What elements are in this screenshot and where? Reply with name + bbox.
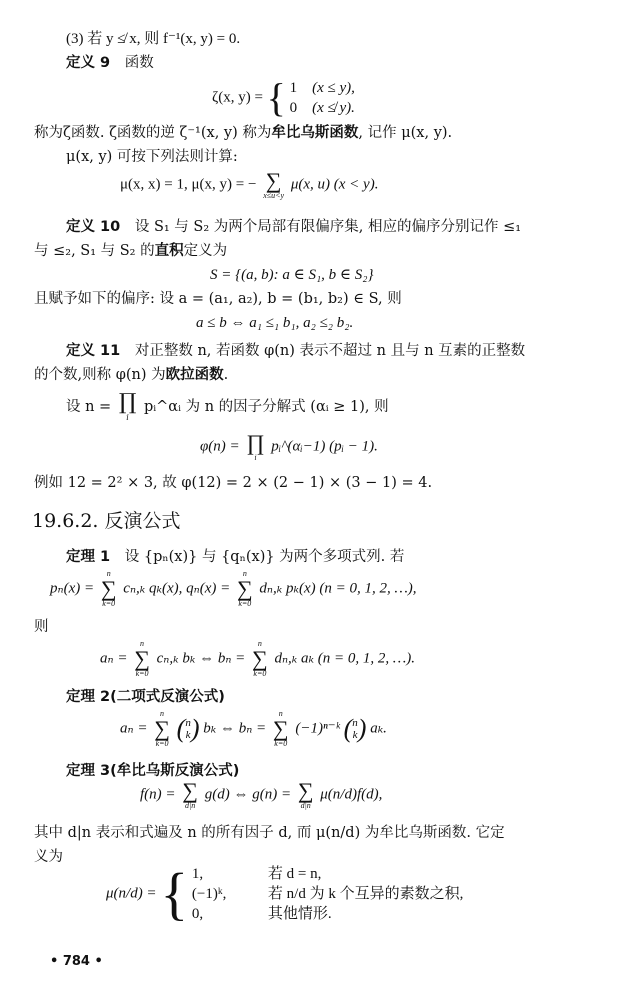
case-value: 0, [192,904,268,924]
definition-label: 定义 10 [66,219,120,235]
formula-part: dₙ,ₖ aₖ (n = 0, 1, 2, …). [274,651,414,667]
formula-part: dₙ,ₖ pₖ(x) (n = 0, 1, 2, …), [259,581,416,597]
formula-part: g(d) ⇔ g(n) = [205,787,291,803]
sum-symbol: n∑k=0 [237,570,253,608]
case-value: 1, [192,864,268,884]
term-bold: 欧拉函数 [166,367,224,383]
definition-label: 定义 11 [66,343,120,359]
case-condition: 若 n/d 为 k 个互异的素数之积, [268,886,463,902]
theorem-2: 定理 2(二项式反演公式) [66,690,225,705]
text: 对正整数 n, 若函数 φ(n) 表示不超过 n 且与 n 互素的正整数 [135,343,525,359]
sum-symbol: n∑k=0 [154,710,170,748]
theorem-1: 定理 1 设 {pₙ(x)} 与 {qₙ(x)} 为两个多项式列. 若 [66,550,404,565]
left-paren: ( [344,714,353,743]
case-condition: 其他情形. [268,906,332,922]
text: 的个数,则称 φ(n) 为 [34,367,166,383]
factorization-line: 设 n = ∏i pᵢ^αᵢ 为 n 的因子分解式 (αᵢ ≥ 1), 则 [66,392,389,422]
formula-part: μ(x, x) = 1, μ(x, y) = − [120,177,256,193]
theorem-1-hypothesis: pₙ(x) = n∑k=0 cₙ,ₖ qₖ(x), qₙ(x) = n∑k=0 … [50,570,417,608]
text: . [224,367,229,383]
text: 设 n = [66,399,111,415]
mobius-function-definition: μ(n/d) = { 1,若 d = n, (−1)ᵏ,若 n/d 为 k 个互… [106,864,463,924]
case-condition: 若 d = n, [268,866,321,882]
text: 称为ζ函数. ζ函数的逆 ζ⁻¹(x, y) 称为 [34,125,271,141]
zeta-formula: ζ(x, y) = { 1 (x ≤ y), 0 (x ≰ y). [212,78,355,118]
theorem-title: (牟比乌斯反演公式) [110,763,239,779]
text-line: 义为 [34,850,63,865]
term-bold: 牟比乌斯函数 [271,125,358,141]
cases: 1 (x ≤ y), 0 (x ≰ y). [290,78,355,118]
text: pᵢ^αᵢ 为 n 的因子分解式 (αᵢ ≥ 1), 则 [144,399,389,415]
sum-symbol: n∑k=0 [134,640,150,678]
theorem-label: 定理 1 [66,549,110,565]
text-line: μ(x, y) 可按下列法则计算: [66,150,238,165]
text: 定义为 [184,243,228,259]
text-line: 与 ≤₂, S₁ 与 S₂ 的直积定义为 [34,244,227,259]
text: 设 S₁ 与 S₂ 为两个局部有限偏序集, 相应的偏序分别记作 ≤₁ [135,219,521,235]
sum-symbol: n∑k=0 [273,710,289,748]
right-paren: ) [191,714,200,743]
definition-11: 定义 11 对正整数 n, 若函数 φ(n) 表示不超过 n 且与 n 互素的正… [66,344,525,359]
sum-symbol: ∑x≤u<y [263,170,284,200]
text-line: 称为ζ函数. ζ函数的逆 ζ⁻¹(x, y) 称为牟比乌斯函数, 记作 μ(x,… [34,126,452,141]
text: 函数 [125,55,154,71]
theorem-3: 定理 3(牟比乌斯反演公式) [66,764,239,779]
direct-product-formula: S = {(a, b): a ∈ S₁, b ∈ S₂} [210,268,374,283]
binomial-inversion-formula: aₙ = n∑k=0 (nk) bₖ ⇔ bₙ = n∑k=0 (−1)ⁿ⁻ᵏ … [120,710,387,748]
sum-symbol: ∑d|n [298,780,314,810]
example-line: 例如 12 = 2² × 3, 故 φ(12) = 2 × (2 − 1) × … [34,476,432,491]
formula-lhs: μ(n/d) = [106,886,157,902]
text-line: 其中 d|n 表示和式遍及 n 的所有因子 d, 而 μ(n/d) 为牟比乌斯函… [34,826,505,841]
left-brace: { [160,861,188,926]
theorem-title: (二项式反演公式) [110,689,225,705]
term-bold: 直积 [155,243,184,259]
formula-part: cₙ,ₖ qₖ(x), qₙ(x) = [123,581,230,597]
case-condition: (x ≰ y). [312,100,355,116]
definition-9: 定义 9 函数 [66,56,154,71]
formula-part: (−1)ⁿ⁻ᵏ [295,721,339,737]
theorem-label: 定理 3 [66,763,110,779]
formula-part: cₙ,ₖ bₖ ⇔ bₙ = [157,651,246,667]
cases: 1,若 d = n, (−1)ᵏ,若 n/d 为 k 个互异的素数之积, 0,其… [192,864,463,924]
theorem-1-conclusion: aₙ = n∑k=0 cₙ,ₖ bₖ ⇔ bₙ = n∑k=0 dₙ,ₖ aₖ … [100,640,415,678]
formula-lhs: φ(n) = [200,439,240,455]
formula-part: pₙ(x) = [50,581,94,597]
formula-rhs: pᵢ^(αᵢ−1) (pᵢ − 1). [271,439,378,455]
left-paren: ( [177,714,186,743]
formula-part: aₙ = [100,651,127,667]
mobius-inversion-formula: f(n) = ∑d|n g(d) ⇔ g(n) = ∑d|n μ(n/d)f(d… [140,780,382,810]
definition-label: 定义 9 [66,55,110,71]
definition-10: 定义 10 设 S₁ 与 S₂ 为两个局部有限偏序集, 相应的偏序分别记作 ≤₁ [66,220,521,235]
text: 与 ≤₂, S₁ 与 S₂ 的 [34,243,155,259]
sum-symbol: n∑k=0 [252,640,268,678]
formula-part: aₖ. [370,721,387,737]
text-line: 则 [34,620,49,635]
case-value: 1 [290,80,298,96]
formula-part: μ(n/d)f(d), [320,787,382,803]
section-heading: 19.6.2. 反演公式 [32,512,181,531]
sum-symbol: n∑k=0 [101,570,117,608]
product-symbol: ∏i [119,392,137,422]
text-line: 且赋予如下的偏序: 设 a = (a₁, a₂), b = (b₁, b₂) ∈… [34,292,402,307]
text: , 记作 μ(x, y). [358,125,452,141]
formula-part: bₖ ⇔ bₙ = [203,721,266,737]
formula-part: f(n) = [140,787,176,803]
mu-rule-formula: μ(x, x) = 1, μ(x, y) = − ∑x≤u<y μ(x, u) … [120,170,378,200]
text-line: (3) 若 y ≰ x, 则 f⁻¹(x, y) = 0. [66,32,240,47]
sum-symbol: ∑d|n [182,780,198,810]
order-formula: a ≤ b ⇔ a₁ ≤₁ b₁, a₂ ≤₂ b₂. [196,316,353,331]
product-symbol: ∏i [246,432,264,462]
case-condition: (x ≤ y), [312,80,355,96]
text-line: 的个数,则称 φ(n) 为欧拉函数. [34,368,228,383]
euler-phi-formula: φ(n) = ∏i pᵢ^(αᵢ−1) (pᵢ − 1). [200,432,378,462]
case-value: (−1)ᵏ, [192,884,268,904]
theorem-label: 定理 2 [66,689,110,705]
formula-part: aₙ = [120,721,147,737]
right-paren: ) [358,714,367,743]
text: 设 {pₙ(x)} 与 {qₙ(x)} 为两个多项式列. 若 [125,549,405,565]
case-value: 0 [290,100,298,116]
formula-part: μ(x, u) (x < y). [291,177,379,193]
page-number: • 784 • [50,955,103,968]
left-brace: { [267,75,286,120]
formula-lhs: ζ(x, y) = [212,90,263,106]
